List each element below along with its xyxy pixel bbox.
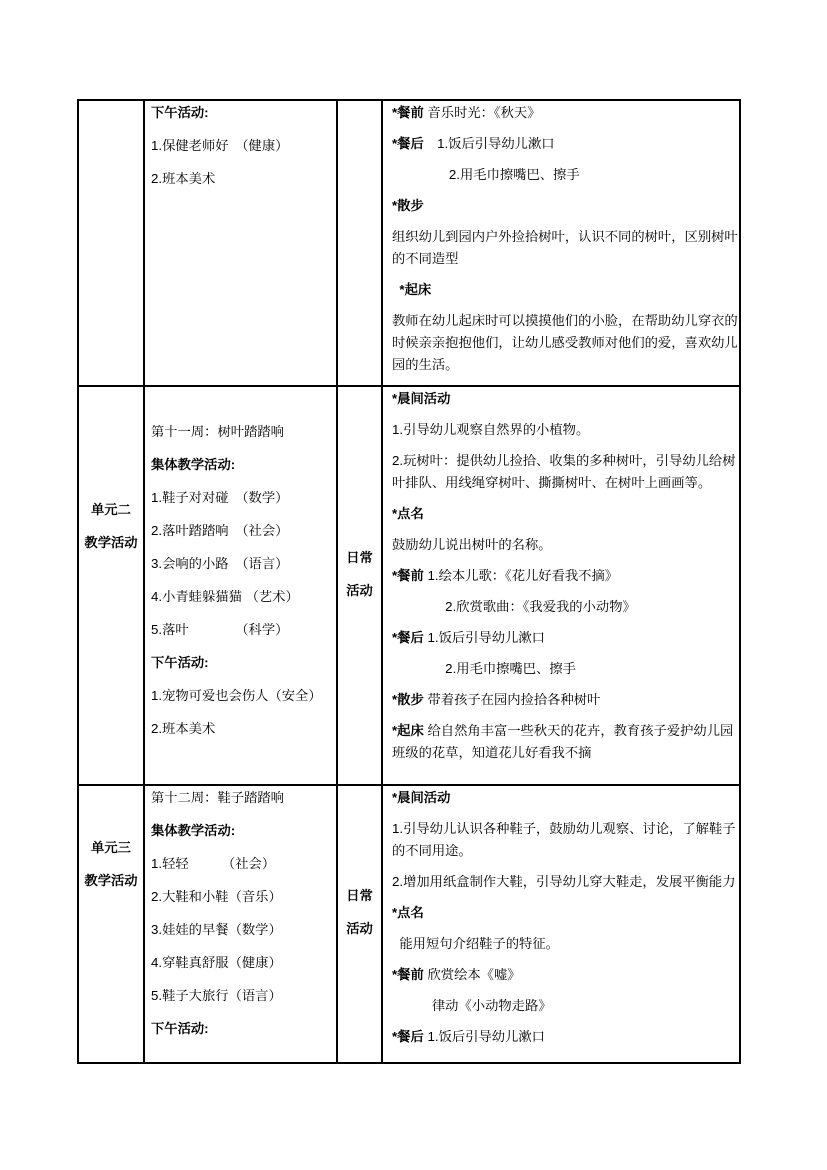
routine-item: 1.引导幼儿认识各种鞋子，鼓励幼儿观察、讨论，了解鞋子的不同用途。 (392, 818, 738, 862)
unit-label: 教学活动 (79, 870, 143, 892)
routine-item: *点名 (392, 503, 738, 525)
plan-item: 下午活动: (151, 102, 334, 124)
routine-cell: *餐前 音乐时光：《秋天》 *餐后 1.饭后引导幼儿漱口 2.用毛巾擦嘴巴、擦手… (382, 100, 740, 386)
routine-label: *点名 (392, 506, 424, 521)
routine-text: 1.饭后引导幼儿漱口 (424, 630, 545, 645)
routine-item: 2.用毛巾擦嘴巴、擦手 (392, 658, 738, 680)
unit-cell (78, 100, 144, 386)
routine-item: 2.增加用纸盒制作大鞋，引导幼儿穿大鞋走，发展平衡能力 (392, 871, 738, 893)
routine-item: 1.引导幼儿观察自然界的小植物。 (392, 419, 738, 441)
routine-item: *餐前 音乐时光：《秋天》 (392, 102, 738, 124)
plan-item: 4.小青蛙躲猫猫 （艺术） (151, 586, 334, 608)
routine-label: *起床 (392, 282, 431, 297)
plan-item: 5.落叶 （科学） (151, 619, 334, 641)
plan-cell: 下午活动: 1.保健老师好 （健康） 2.班本美术 (144, 100, 337, 386)
table-row: 下午活动: 1.保健老师好 （健康） 2.班本美术 *餐前 音乐时光：《秋天》 … (78, 100, 740, 386)
plan-item: 3.会响的小路 （语言） (151, 553, 334, 575)
routine-text: 1.饭后引导幼儿漱口 (424, 136, 555, 151)
routine-label: *餐前 (392, 105, 424, 120)
plan-cell: 第十二周：鞋子踏踏响 集体教学活动: 1.轻轻 （社会） 2.大鞋和小鞋（音乐）… (144, 785, 337, 1063)
routine-item: *餐前 欣赏绘本《嘘》 (392, 964, 738, 986)
routine-label: *起床 (392, 723, 424, 738)
routine-item: 2.欣赏歌曲：《我爱我的小动物》 (392, 596, 738, 618)
routine-label: *散步 (392, 692, 424, 707)
daily-label: 活动 (338, 918, 381, 940)
routine-item: *餐后 1.饭后引导幼儿漱口 (392, 1026, 738, 1048)
routine-label: *餐前 (392, 568, 424, 583)
plan-item: 集体教学活动: (151, 820, 334, 842)
routine-cell: *晨间活动 1.引导幼儿观察自然界的小植物。 2.玩树叶：提供幼儿捡拾、收集的多… (382, 386, 740, 785)
routine-item: *晨间活动 (392, 388, 738, 410)
routine-item: 2.玩树叶：提供幼儿捡拾、收集的多种树叶，引导幼儿给树叶排队、用线绳穿树叶、撕撕… (392, 450, 738, 494)
routine-item: 能用短句介绍鞋子的特征。 (392, 933, 738, 955)
routine-label: *餐后 (392, 630, 424, 645)
routine-item: 2.用毛巾擦嘴巴、擦手 (392, 164, 738, 186)
daily-label: 日常 (338, 547, 381, 569)
routine-item: *起床 给自然角丰富一些秋天的花卉，教育孩子爱护幼儿园班级的花草，知道花儿好看我… (392, 720, 738, 764)
routine-text: 2.欣赏歌曲：《我爱我的小动物》 (392, 599, 636, 614)
document-page: 下午活动: 1.保健老师好 （健康） 2.班本美术 *餐前 音乐时光：《秋天》 … (0, 0, 827, 1170)
routine-text: 1.饭后引导幼儿漱口 (424, 1029, 545, 1044)
plan-item: 1.宠物可爱也会伤人（安全） (151, 685, 334, 707)
plan-item: 1.鞋子对对碰 （数学） (151, 487, 334, 509)
routine-label: *餐前 (392, 967, 424, 982)
unit-label: 单元二 (79, 499, 143, 521)
routine-item: 鼓励幼儿说出树叶的名称。 (392, 534, 738, 556)
plan-item: 第十一周：树叶踏踏响 (151, 421, 334, 443)
routine-label: *餐后 (392, 136, 424, 151)
routine-text: 能用短句介绍鞋子的特征。 (392, 936, 559, 951)
plan-item: 2.班本美术 (151, 168, 334, 190)
routine-text: 2.玩树叶：提供幼儿捡拾、收集的多种树叶，引导幼儿给树叶排队、用线绳穿树叶、撕撕… (392, 453, 736, 490)
plan-item: 5.鞋子大旅行（语言） (151, 985, 334, 1007)
routine-text: 律动《小动物走路》 (392, 998, 552, 1013)
table-row: 单元二 教学活动 第十一周：树叶踏踏响 集体教学活动: 1.鞋子对对碰 （数学）… (78, 386, 740, 785)
routine-label: *晨间活动 (392, 391, 450, 406)
plan-item: 2.班本美术 (151, 718, 334, 740)
routine-item: *散步 (392, 195, 738, 217)
plan-item: 4.穿鞋真舒服（健康） (151, 952, 334, 974)
daily-label: 日常 (338, 885, 381, 907)
routine-item: *点名 (392, 902, 738, 924)
routine-text: 鼓励幼儿说出树叶的名称。 (392, 537, 552, 552)
routine-item: *晨间活动 (392, 787, 738, 809)
routine-text: 1.绘本儿歌：《花儿好看我不摘》 (424, 568, 618, 583)
routine-item: *散步 带着孩子在园内捡拾各种树叶 (392, 689, 738, 711)
routine-item: 教师在幼儿起床时可以摸摸他们的小脸，在帮助幼儿穿衣的时候亲亲抱抱他们，让幼儿感受… (392, 310, 738, 376)
routine-item: *起床 (392, 279, 738, 301)
unit-cell: 单元二 教学活动 (78, 386, 144, 785)
daily-label-cell: 日常 活动 (337, 386, 382, 785)
daily-label-cell (337, 100, 382, 386)
plan-item: 2.大鞋和小鞋（音乐） (151, 886, 334, 908)
daily-label-cell: 日常 活动 (337, 785, 382, 1063)
weekly-plan-table: 下午活动: 1.保健老师好 （健康） 2.班本美术 *餐前 音乐时光：《秋天》 … (77, 99, 741, 1064)
routine-text: 带着孩子在园内捡拾各种树叶 (424, 692, 601, 707)
routine-label: *餐后 (392, 1029, 424, 1044)
plan-item (151, 388, 334, 410)
routine-text: 音乐时光：《秋天》 (424, 105, 541, 120)
unit-cell: 单元三 教学活动 (78, 785, 144, 1063)
plan-item: 下午活动: (151, 652, 334, 674)
plan-item: 1.轻轻 （社会） (151, 853, 334, 875)
routine-text: 2.增加用纸盒制作大鞋，引导幼儿穿大鞋走，发展平衡能力 (392, 874, 736, 889)
plan-item: 3.娃娃的早餐（数学） (151, 919, 334, 941)
routine-text: 教师在幼儿起床时可以摸摸他们的小脸，在帮助幼儿穿衣的时候亲亲抱抱他们，让幼儿感受… (392, 313, 738, 372)
plan-item: 1.保健老师好 （健康） (151, 135, 334, 157)
routine-text: 1.引导幼儿认识各种鞋子，鼓励幼儿观察、讨论，了解鞋子的不同用途。 (392, 821, 736, 858)
routine-text: 组织幼儿到园内户外捡拾树叶，认识不同的树叶，区别树叶的不同造型 (392, 229, 738, 266)
routine-text: 欣赏绘本《嘘》 (424, 967, 521, 982)
routine-item: *餐后 1.饭后引导幼儿漱口 (392, 627, 738, 649)
plan-item: 下午活动: (151, 1018, 334, 1040)
plan-item: 集体教学活动: (151, 454, 334, 476)
unit-label: 教学活动 (79, 532, 143, 554)
routine-label: *点名 (392, 905, 424, 920)
routine-cell: *晨间活动 1.引导幼儿认识各种鞋子，鼓励幼儿观察、讨论，了解鞋子的不同用途。 … (382, 785, 740, 1063)
plan-item: 2.落叶踏踏响 （社会） (151, 520, 334, 542)
unit-label: 单元三 (79, 837, 143, 859)
routine-label: *晨间活动 (392, 790, 450, 805)
routine-item: *餐前 1.绘本儿歌：《花儿好看我不摘》 (392, 565, 738, 587)
routine-label: *散步 (392, 198, 424, 213)
routine-item: 律动《小动物走路》 (392, 995, 738, 1017)
daily-label: 活动 (338, 580, 381, 602)
routine-text: 2.用毛巾擦嘴巴、擦手 (392, 167, 580, 182)
routine-text: 给自然角丰富一些秋天的花卉，教育孩子爱护幼儿园班级的花草，知道花儿好看我不摘 (392, 723, 733, 760)
routine-item: 组织幼儿到园内户外捡拾树叶，认识不同的树叶，区别树叶的不同造型 (392, 226, 738, 270)
plan-item: 第十二周：鞋子踏踏响 (151, 787, 334, 809)
table-row: 单元三 教学活动 第十二周：鞋子踏踏响 集体教学活动: 1.轻轻 （社会） 2.… (78, 785, 740, 1063)
routine-text: 1.引导幼儿观察自然界的小植物。 (392, 422, 589, 437)
routine-item: *餐后 1.饭后引导幼儿漱口 (392, 133, 738, 155)
plan-cell: 第十一周：树叶踏踏响 集体教学活动: 1.鞋子对对碰 （数学） 2.落叶踏踏响 … (144, 386, 337, 785)
routine-text: 2.用毛巾擦嘴巴、擦手 (392, 661, 576, 676)
